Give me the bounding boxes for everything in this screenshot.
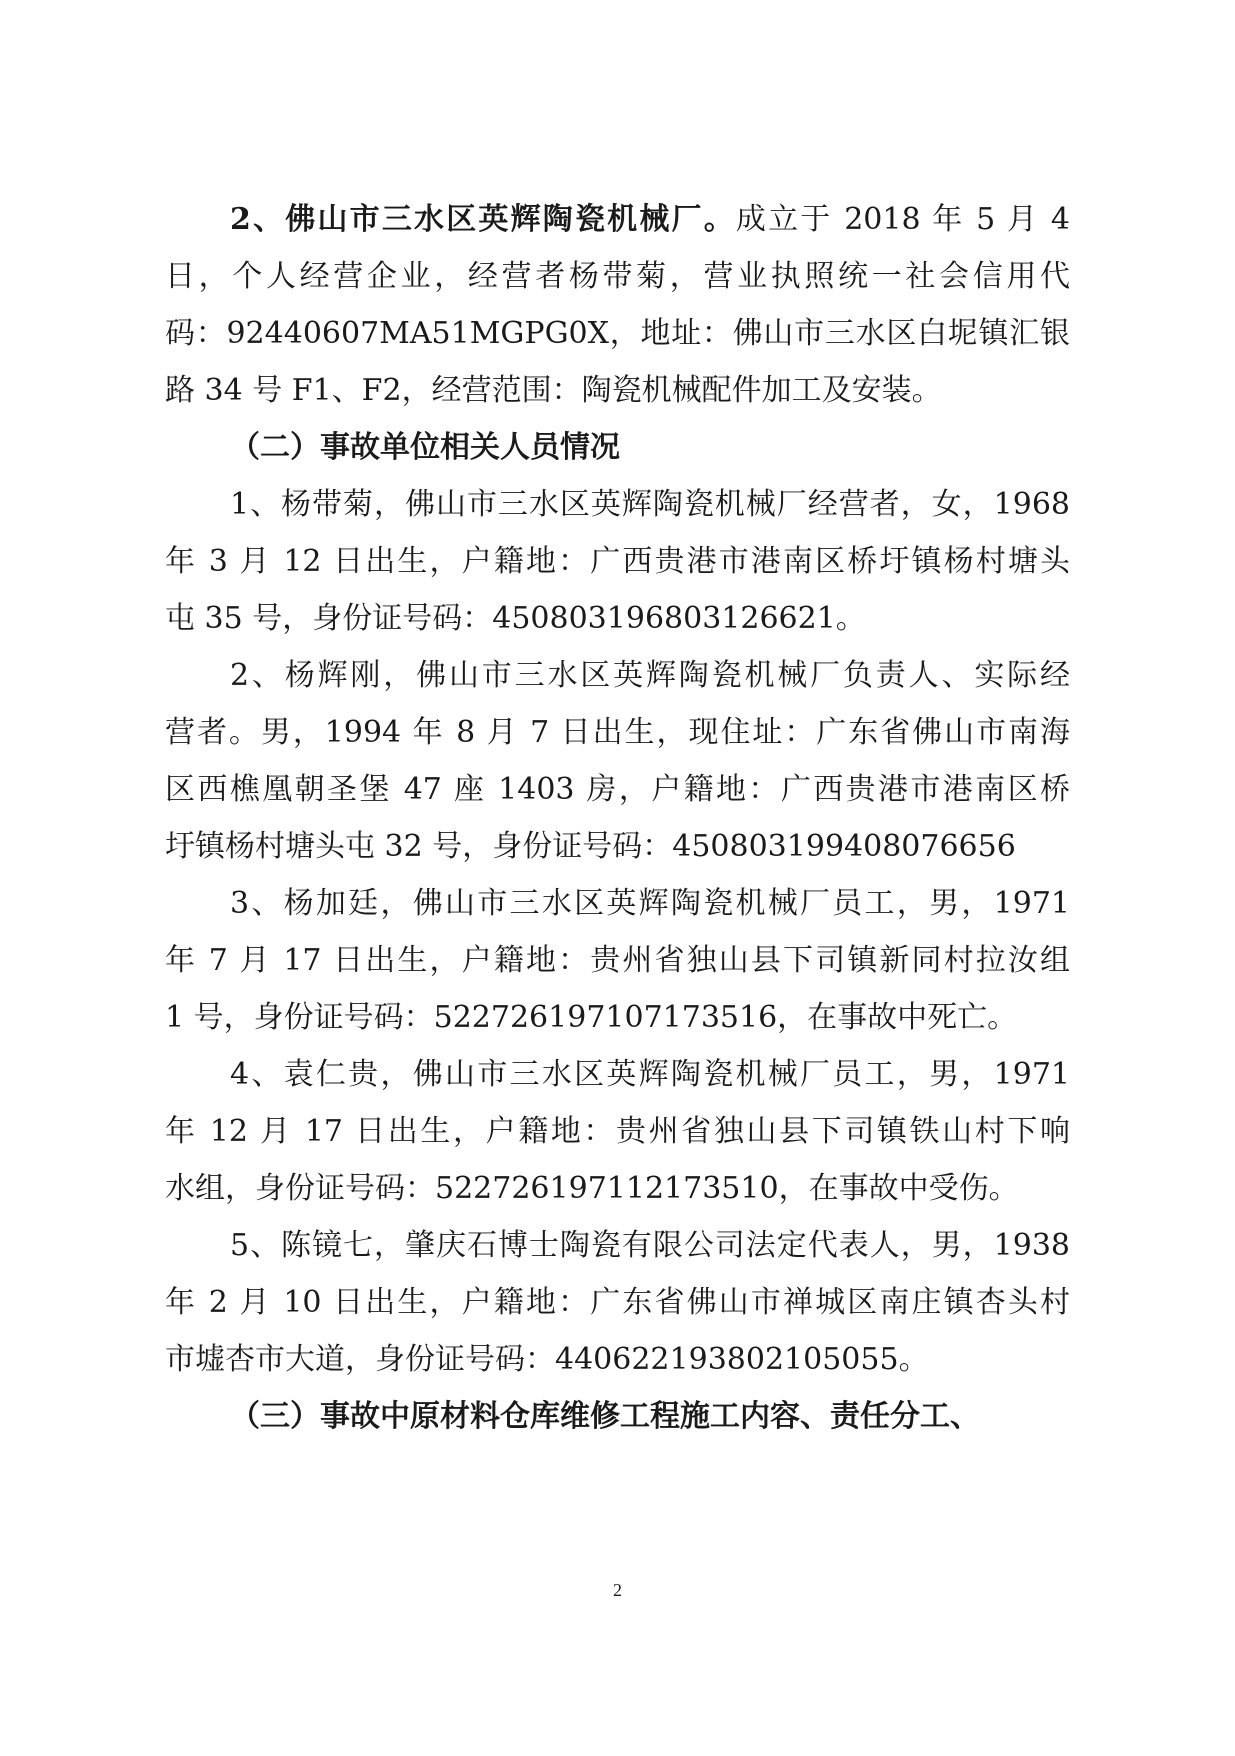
person-5-line-2: 年 2 月 10 日出生，户籍地：广东省佛山市禅城区南庄镇杏头村: [165, 1283, 1070, 1323]
person-1-line-3: 屯 35 号，身份证号码：450803196803126621。: [165, 599, 1070, 639]
person-4-line-2: 年 12 月 17 日出生，户籍地：贵州省独山县下司镇铁山村下响: [165, 1112, 1070, 1152]
person-3-line-2: 年 7 月 17 日出生，户籍地：贵州省独山县下司镇新同村拉汝组: [165, 941, 1070, 981]
person-4-line-3: 水组，身份证号码：522726197112173510，在事故中受伤。: [165, 1169, 1070, 1209]
person-2-line-3: 区西樵凰朝圣堡 47 座 1403 房，户籍地：广西贵港市港南区桥: [165, 770, 1070, 810]
company-2-line-3: 码：92440607MA51MGPG0X，地址：佛山市三水区白坭镇汇银: [165, 314, 1070, 354]
person-5-line-1: 5、陈镜七，肇庆石博士陶瓷有限公司法定代表人，男，1938: [230, 1226, 1070, 1266]
person-1-line-1: 1、杨带菊，佛山市三水区英辉陶瓷机械厂经营者，女，1968: [230, 485, 1070, 525]
section-heading-3: （三）事故中原材料仓库维修工程施工内容、责任分工、: [230, 1397, 1070, 1437]
company-2-founded: 成立于 2018 年 5 月 4: [736, 202, 1070, 237]
company-2-line-2: 日，个人经营企业，经营者杨带菊，营业执照统一社会信用代: [165, 257, 1070, 297]
company-2-line-1: 2、佛山市三水区英辉陶瓷机械厂。成立于 2018 年 5 月 4: [230, 200, 1070, 240]
page-number: 2: [0, 1580, 1235, 1601]
person-3-line-3: 1 号，身份证号码：522726197107173516，在事故中死亡。: [165, 998, 1070, 1038]
person-2-line-2: 营者。男，1994 年 8 月 7 日出生，现住址：广东省佛山市南海: [165, 713, 1070, 753]
person-2-line-4: 圩镇杨村塘头屯 32 号，身份证号码：450803199408076656: [165, 827, 1070, 867]
person-4-line-1: 4、袁仁贵，佛山市三水区英辉陶瓷机械厂员工，男，1971: [230, 1055, 1070, 1095]
person-2-line-1: 2、杨辉刚，佛山市三水区英辉陶瓷机械厂负责人、实际经: [230, 656, 1070, 696]
person-5-line-3: 市墟杏市大道，身份证号码：440622193802105055。: [165, 1340, 1070, 1380]
person-1-line-2: 年 3 月 12 日出生，户籍地：广西贵港市港南区桥圩镇杨村塘头: [165, 542, 1070, 582]
section-heading-2: （二）事故单位相关人员情况: [230, 428, 1070, 468]
person-3-line-1: 3、杨加廷，佛山市三水区英辉陶瓷机械厂员工，男，1971: [230, 884, 1070, 924]
company-2-line-4: 路 34 号 F1、F2，经营范围：陶瓷机械配件加工及安装。: [165, 371, 1070, 411]
document-page: 2、佛山市三水区英辉陶瓷机械厂。成立于 2018 年 5 月 4 日，个人经营企…: [0, 0, 1235, 1756]
company-2-title: 2、佛山市三水区英辉陶瓷机械厂。: [230, 202, 736, 237]
